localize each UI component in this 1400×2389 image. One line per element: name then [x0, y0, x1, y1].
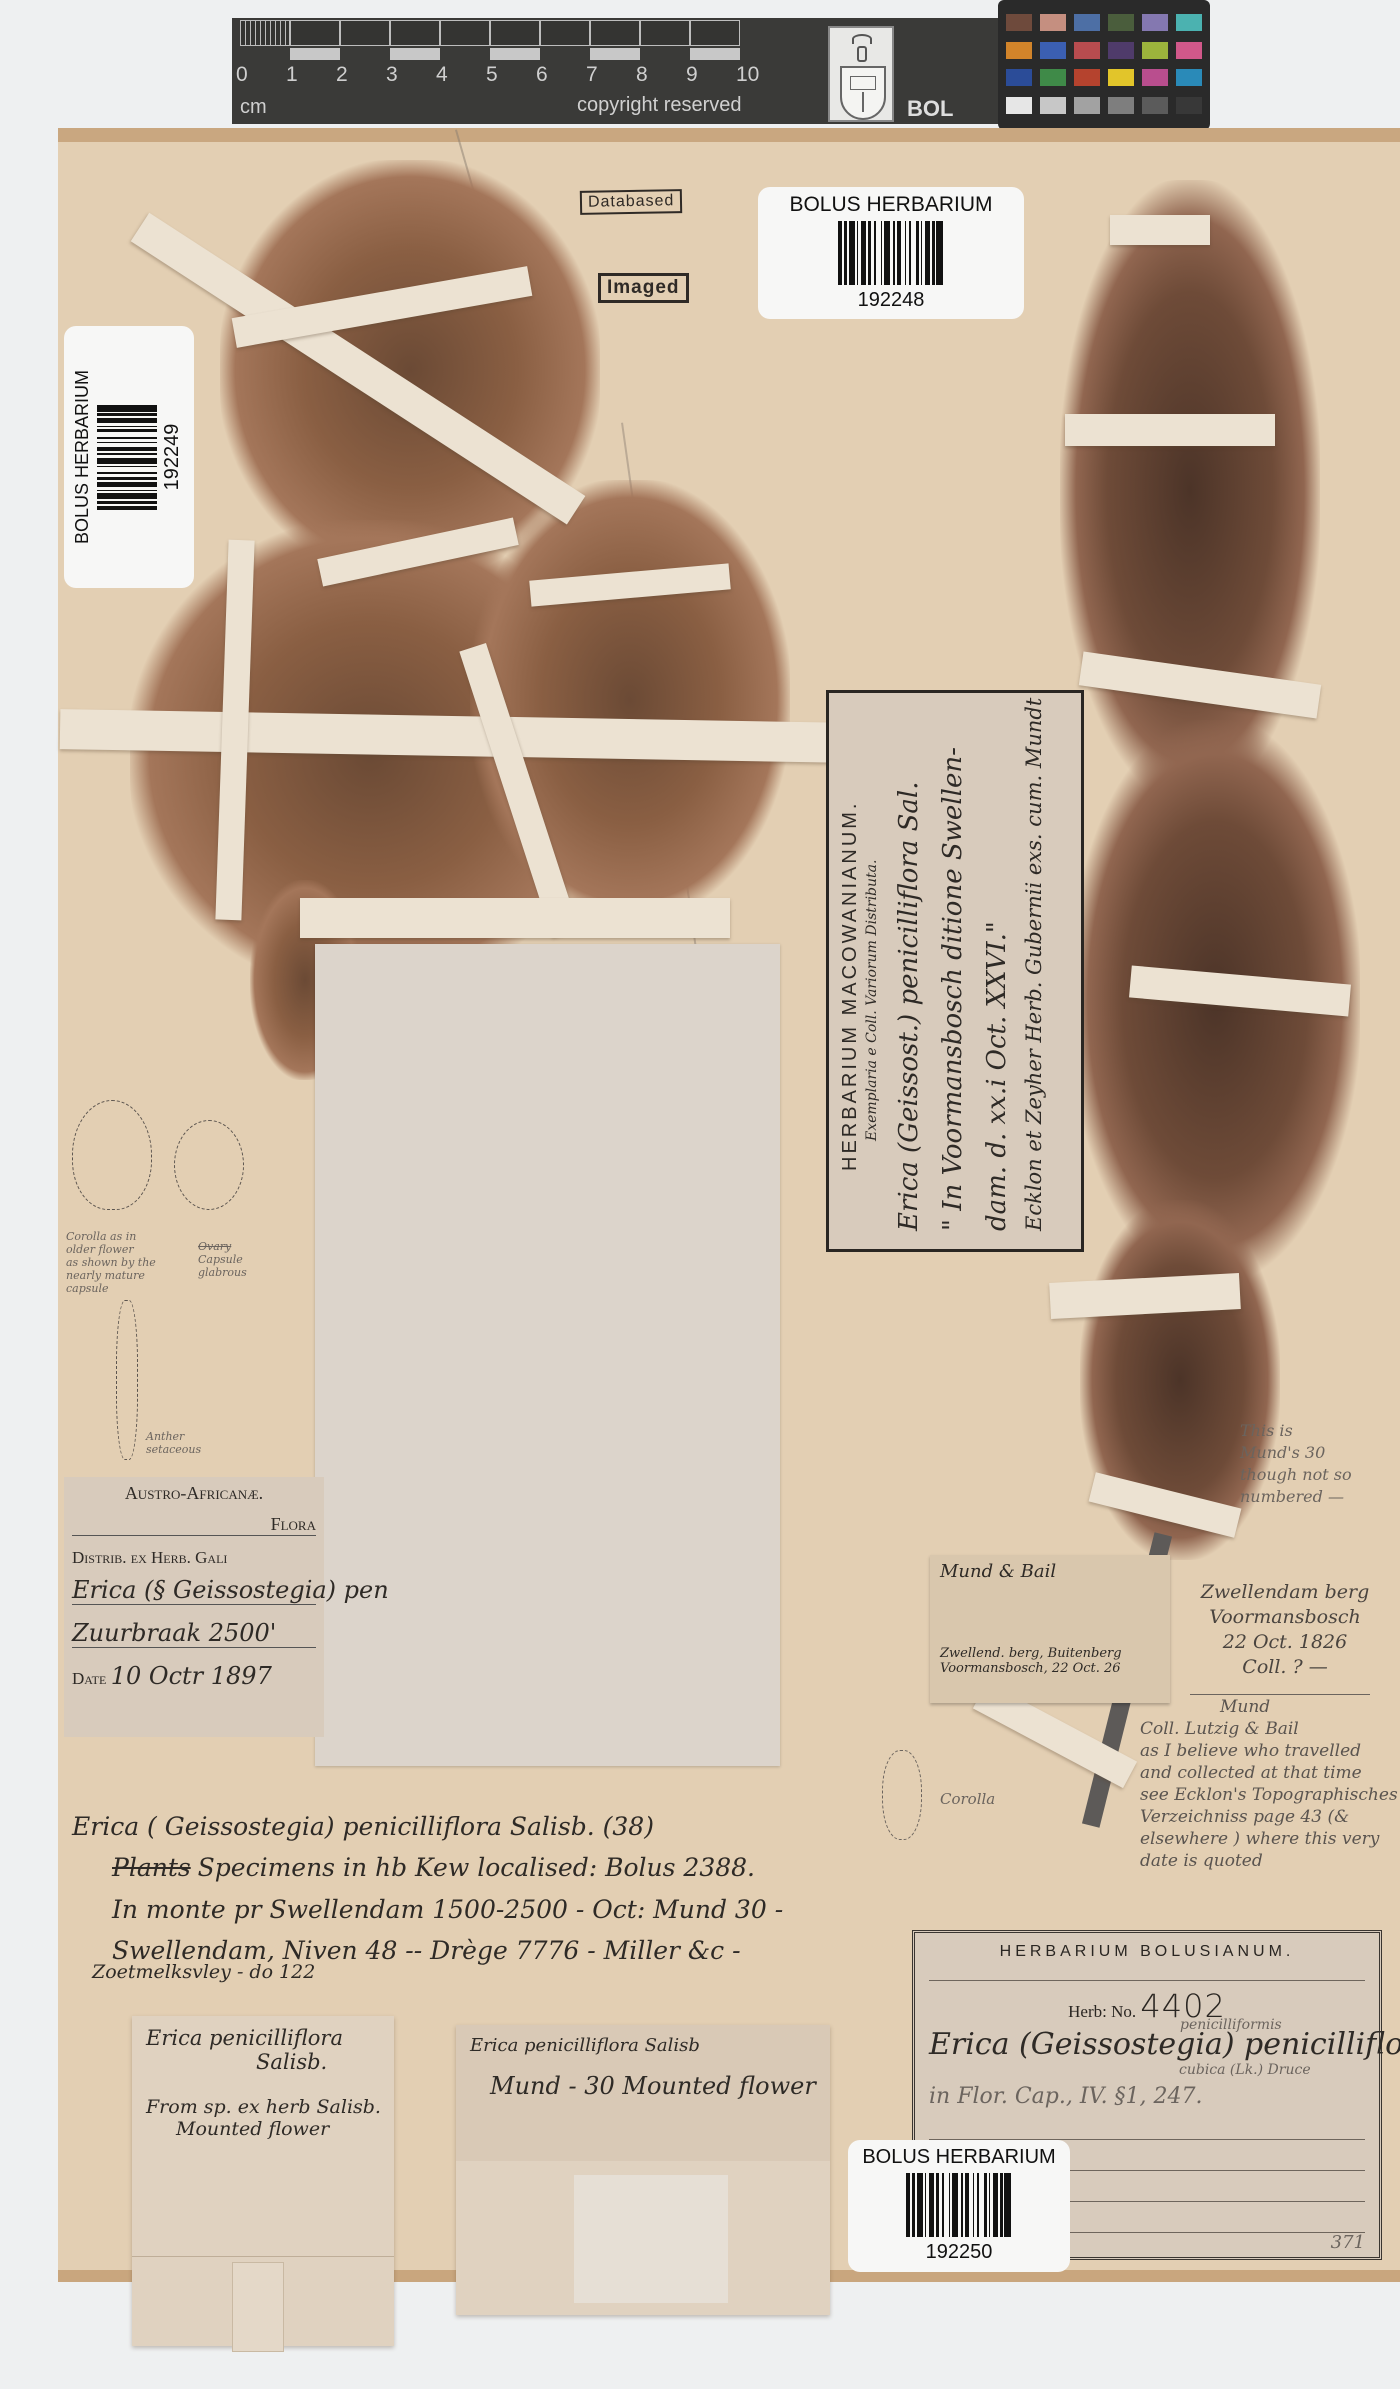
barcode-icon: [791, 221, 991, 285]
pencil-note-corolla: Corolla: [940, 1790, 995, 1808]
paper-overlay-sheet: [315, 944, 780, 1766]
databased-stamp: Databased: [580, 189, 683, 215]
barcode-label-192249: BOLUS HERBARIUM 192249: [64, 326, 194, 588]
label-subtitle: Exemplaria e Coll. Variorum Distributa.: [864, 707, 880, 1141]
barcode-icon: [97, 362, 157, 552]
sketch-note-capsule: OvaryCapsuleglabrous: [198, 1240, 247, 1279]
ruler-tick-label: 8: [636, 63, 648, 87]
corolla-sketch-icon: [72, 1100, 152, 1210]
ruler-tick-label: 3: [386, 63, 398, 87]
date-label: Date: [72, 1669, 106, 1688]
label-locality: Zuurbraak 2500': [72, 1619, 316, 1648]
color-patch: [1108, 42, 1134, 59]
packet-text: Erica penicilliflora Salisb. From sp. ex…: [132, 2016, 394, 2150]
note-line-specimens: Specimens in hb Kew localised: Bolus 238…: [198, 1853, 755, 1882]
color-patch: [1040, 14, 1066, 31]
barcode-label-192248: BOLUS HERBARIUM 192248: [758, 187, 1024, 319]
ruler-tick-label: 2: [336, 63, 348, 87]
label-locality: " In Voormansbosch ditione Swellen-: [938, 707, 968, 1231]
specimen-left-branch: [470, 480, 790, 920]
sheet-number: 371: [1331, 2232, 1365, 2253]
barcode-number: 192248: [758, 289, 1024, 312]
label-collector: Ecklon et Zeyher Herb. Gubernii exs. cum…: [1022, 707, 1046, 1231]
label-flora: Flora: [72, 1514, 316, 1536]
ruler-cell: [490, 20, 540, 46]
institution-code: BOL: [907, 96, 953, 122]
color-patch: [1176, 42, 1202, 59]
pencil-note-swellendam: Zwellendam bergVoormansbosch22 Oct. 1826…: [1200, 1580, 1370, 1680]
color-patch: [1040, 69, 1066, 86]
color-patch: [1040, 97, 1066, 114]
color-patch: [1176, 97, 1202, 114]
color-patch: [1176, 69, 1202, 86]
barcode-number: 192249: [161, 326, 184, 588]
ruler-tick-label: 5: [486, 63, 498, 87]
ruler-cell: [440, 20, 490, 46]
capsule-sketch-icon: [174, 1120, 244, 1210]
color-patch: [1074, 97, 1100, 114]
herb-number: Herb: No. 4402: [929, 1987, 1365, 2025]
barcode-label-192250: BOLUS HERBARIUM 192250: [848, 2140, 1070, 2272]
pencil-annotation: penicilliformis: [1180, 2017, 1282, 2033]
label-reference: in Flor. Cap., IV. §1, 247.: [929, 2084, 1365, 2109]
label-locality: Zwellend. berg, Buitenberg: [940, 1646, 1160, 1661]
color-patch: [1074, 42, 1100, 59]
label-collectors: Mund & Bail: [940, 1561, 1160, 1582]
note-line-species: Erica ( Geissostegia) penicilliflora Sal…: [72, 1812, 872, 1841]
anther-sketch-icon: [116, 1300, 138, 1460]
pencil-note-this-mund: This isMund's 30though not sonumbered —: [1240, 1420, 1352, 1508]
ruler-tick-label: 9: [686, 63, 698, 87]
note-struck-word: Plants: [112, 1853, 191, 1882]
color-patch: [1040, 42, 1066, 59]
sheet-top-edge: [58, 128, 1400, 142]
ruler-cell: [340, 20, 390, 46]
color-patch: [1074, 14, 1100, 31]
copyright-notice: copyright reserved: [577, 94, 742, 117]
color-patch: [1006, 69, 1032, 86]
color-patch: [1006, 42, 1032, 59]
mounting-tape: [300, 898, 730, 938]
macowan-herbarium-label: HERBARIUM MACOWANIANUM. Exemplaria e Col…: [826, 690, 1084, 1252]
ruler-cell: [290, 20, 340, 46]
ruler-tick-label: 1: [286, 63, 298, 87]
packet-text: Erica penicilliflora Salisb Mund - 30 Mo…: [456, 2025, 830, 2110]
pencil-note-collector: Mund Coll. Lutzig & Bail as I believe wh…: [1140, 1696, 1398, 1872]
ruler-tick-label: 7: [586, 63, 598, 87]
color-patch: [1108, 97, 1134, 114]
flower-packet-2[interactable]: Erica penicilliflora Salisb Mund - 30 Mo…: [456, 2025, 830, 2315]
imaged-stamp: Imaged: [598, 273, 689, 303]
institution-crest-icon: [828, 26, 894, 122]
color-calibration-chart: [998, 0, 1210, 130]
date-value: 10 Octr 1897: [111, 1662, 272, 1690]
mund-bail-label: Mund & Bail Zwellend. berg, Buitenberg V…: [930, 1555, 1170, 1703]
ruler-scale: 012345678910: [240, 18, 760, 63]
handwritten-determination-note: Erica ( Geissostegia) penicilliflora Sal…: [62, 1800, 882, 2020]
label-date: dam. d. xx.i Oct. XXVI.": [982, 707, 1012, 1231]
color-patch: [1074, 69, 1100, 86]
color-patch: [1142, 14, 1168, 31]
ruler-unit: cm: [240, 96, 267, 119]
ruler-tick-label: 4: [436, 63, 448, 87]
label-distrib: Distrib. ex Herb. Gali: [72, 1548, 316, 1568]
label-species: Erica (Geissost.) penicilliflora Sal.: [894, 707, 924, 1231]
mounting-tape: [1065, 414, 1275, 446]
ruler-cell: [640, 20, 690, 46]
austro-africanae-label: Austro-Africanæ. Flora Distrib. ex Herb.…: [64, 1477, 324, 1737]
shield-icon: [840, 66, 886, 120]
note-line-locality: In monte pr Swellendam 1500-2500 - Oct: …: [72, 1895, 872, 1924]
sketch-note-corolla: Corolla as inolder floweras shown by the…: [66, 1230, 166, 1295]
barcode-title: BOLUS HERBARIUM: [758, 193, 1024, 217]
label-species: Erica (Geissostegia) penicilliflora Sali…: [929, 2027, 1365, 2062]
label-title: HERBARIUM MACOWANIANUM.: [839, 707, 862, 1171]
ruler-cell: [690, 20, 740, 46]
color-patch: [1142, 42, 1168, 59]
label-date: Voormansbosch, 22 Oct. 26: [940, 1661, 1160, 1676]
barcode-title: BOLUS HERBARIUM: [72, 326, 93, 588]
sketch-note-anther: Anthersetaceous: [146, 1430, 201, 1456]
label-title: Austro-Africanæ.: [72, 1483, 316, 1504]
ruler-tick-label: 10: [736, 63, 759, 87]
ruler-cell: [390, 20, 440, 46]
ruler-tick-label: 0: [236, 63, 248, 87]
color-patch: [1006, 97, 1032, 114]
label-species: Erica (§ Geissostegia) pen: [72, 1576, 316, 1605]
color-patch: [1108, 69, 1134, 86]
corolla-sketch-icon: [882, 1750, 922, 1840]
mounted-flower-window: [574, 2175, 728, 2303]
ruler-cell: [590, 20, 640, 46]
divider: [1190, 1694, 1370, 1695]
barcode-title: BOLUS HERBARIUM: [848, 2146, 1070, 2169]
pencil-annotation: cubica (Lk.) Druce: [1179, 2062, 1365, 2078]
botanical-sketch: Corolla as inolder floweras shown by the…: [66, 1080, 246, 1460]
ruler-cell: [540, 20, 590, 46]
barcode-number: 192250: [848, 2241, 1070, 2264]
color-patch: [1142, 69, 1168, 86]
ruler-tick-label: 6: [536, 63, 548, 87]
scale-bar: 012345678910 cm copyright reserved BOL: [232, 18, 1002, 124]
color-patch: [1108, 14, 1134, 31]
flower-packet-1[interactable]: Erica penicilliflora Salisb. From sp. ex…: [132, 2016, 394, 2346]
color-patch: [1142, 97, 1168, 114]
color-patch: [1176, 14, 1202, 31]
color-patch: [1006, 14, 1032, 31]
label-title: HERBARIUM BOLUSIANUM.: [929, 1943, 1365, 1961]
mounting-tape: [1110, 215, 1210, 245]
barcode-icon: [869, 2173, 1049, 2237]
